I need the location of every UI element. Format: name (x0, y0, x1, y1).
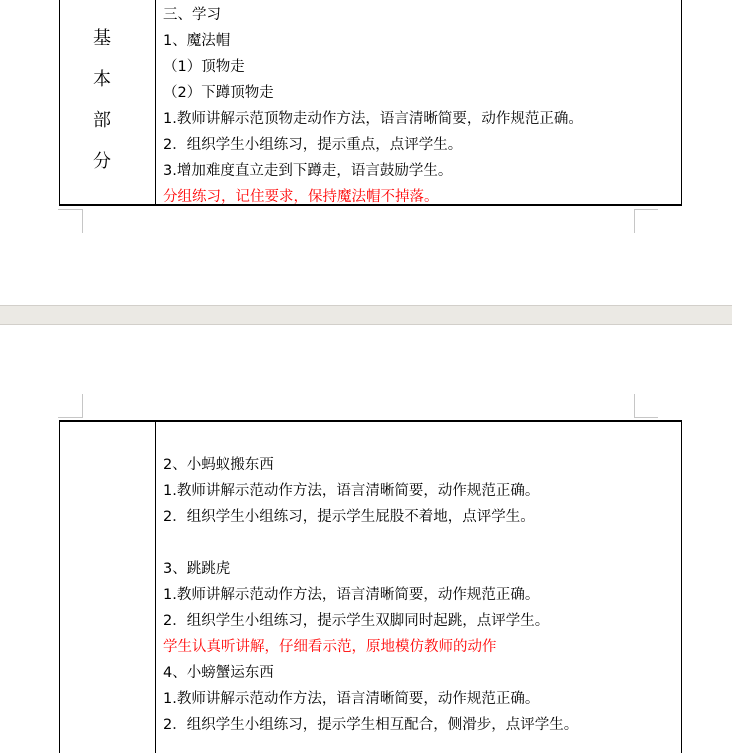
content-line[interactable]: 三、学习 (156, 2, 681, 28)
content-line[interactable]: 3.增加难度直立走到下蹲走，语言鼓励学生。 (156, 158, 681, 184)
stage-label-cell[interactable]: 基 本 部 分 (60, 0, 156, 204)
margin-mark-p2-top-left-v (82, 394, 83, 418)
content-cell-page2[interactable]: 2、小蚂蚁搬东西 1.教师讲解示范动作方法，语言清晰简要，动作规范正确。 2．组… (156, 422, 681, 753)
content-line[interactable]: 学生认真听讲解，仔细看示范，原地模仿教师的动作 (156, 634, 681, 660)
margin-mark-p1-bottom-left-h (58, 209, 82, 210)
stage-label-char: 部 (60, 100, 155, 141)
margin-mark-p1-bottom-left-v (82, 209, 83, 233)
content-line[interactable]: 1.教师讲解示范动作方法，语言清晰简要，动作规范正确。 (156, 582, 681, 608)
document-canvas: 基 本 部 分 三、学习 1、魔法帽 （1）顶物走 （2）下蹲顶物走 1.教师讲… (0, 0, 732, 753)
margin-mark-p2-top-right-v (634, 394, 635, 418)
margin-mark-p2-top-right-h (634, 417, 658, 418)
content-line[interactable]: （2）下蹲顶物走 (156, 80, 681, 106)
content-line[interactable] (156, 530, 681, 556)
content-line[interactable]: 2．组织学生小组练习，提示学生屁股不着地，点评学生。 (156, 504, 681, 530)
stage-label-cell-page2[interactable] (60, 422, 156, 753)
content-line[interactable]: 3、跳跳虎 (156, 556, 681, 582)
margin-mark-p1-bottom-right-v (634, 209, 635, 233)
content-line[interactable]: 2．组织学生小组练习，提示学生双脚同时起跳，点评学生。 (156, 608, 681, 634)
content-line[interactable]: 1.教师讲解示范动作方法，语言清晰简要，动作规范正确。 (156, 478, 681, 504)
content-cell-page1[interactable]: 三、学习 1、魔法帽 （1）顶物走 （2）下蹲顶物走 1.教师讲解示范顶物走动作… (156, 0, 681, 204)
stage-label-char: 分 (60, 141, 155, 182)
content-line[interactable] (156, 426, 681, 452)
margin-mark-p2-top-left-h (58, 417, 82, 418)
content-line[interactable]: 1、魔法帽 (156, 28, 681, 54)
content-line[interactable]: 2、小蚂蚁搬东西 (156, 452, 681, 478)
margin-mark-p1-bottom-right-h (634, 209, 658, 210)
stage-label-char: 本 (60, 59, 155, 100)
content-line[interactable]: 4、小螃蟹运东西 (156, 660, 681, 686)
content-line[interactable]: 1.教师讲解示范顶物走动作方法，语言清晰简要，动作规范正确。 (156, 106, 681, 132)
content-line[interactable]: 1.教师讲解示范动作方法，语言清晰简要，动作规范正确。 (156, 686, 681, 712)
content-line[interactable]: 2．组织学生小组练习，提示重点，点评学生。 (156, 132, 681, 158)
lesson-table-page2: 2、小蚂蚁搬东西 1.教师讲解示范动作方法，语言清晰简要，动作规范正确。 2．组… (59, 420, 682, 753)
page-break-gap (0, 305, 732, 325)
stage-label-char: 基 (60, 18, 155, 59)
content-line[interactable]: 2．组织学生小组练习，提示学生相互配合，侧滑步，点评学生。 (156, 712, 681, 738)
content-line[interactable]: （1）顶物走 (156, 54, 681, 80)
content-line[interactable]: 分组练习，记住要求，保持魔法帽不掉落。 (156, 184, 681, 204)
lesson-table-page1: 基 本 部 分 三、学习 1、魔法帽 （1）顶物走 （2）下蹲顶物走 1.教师讲… (59, 0, 682, 206)
